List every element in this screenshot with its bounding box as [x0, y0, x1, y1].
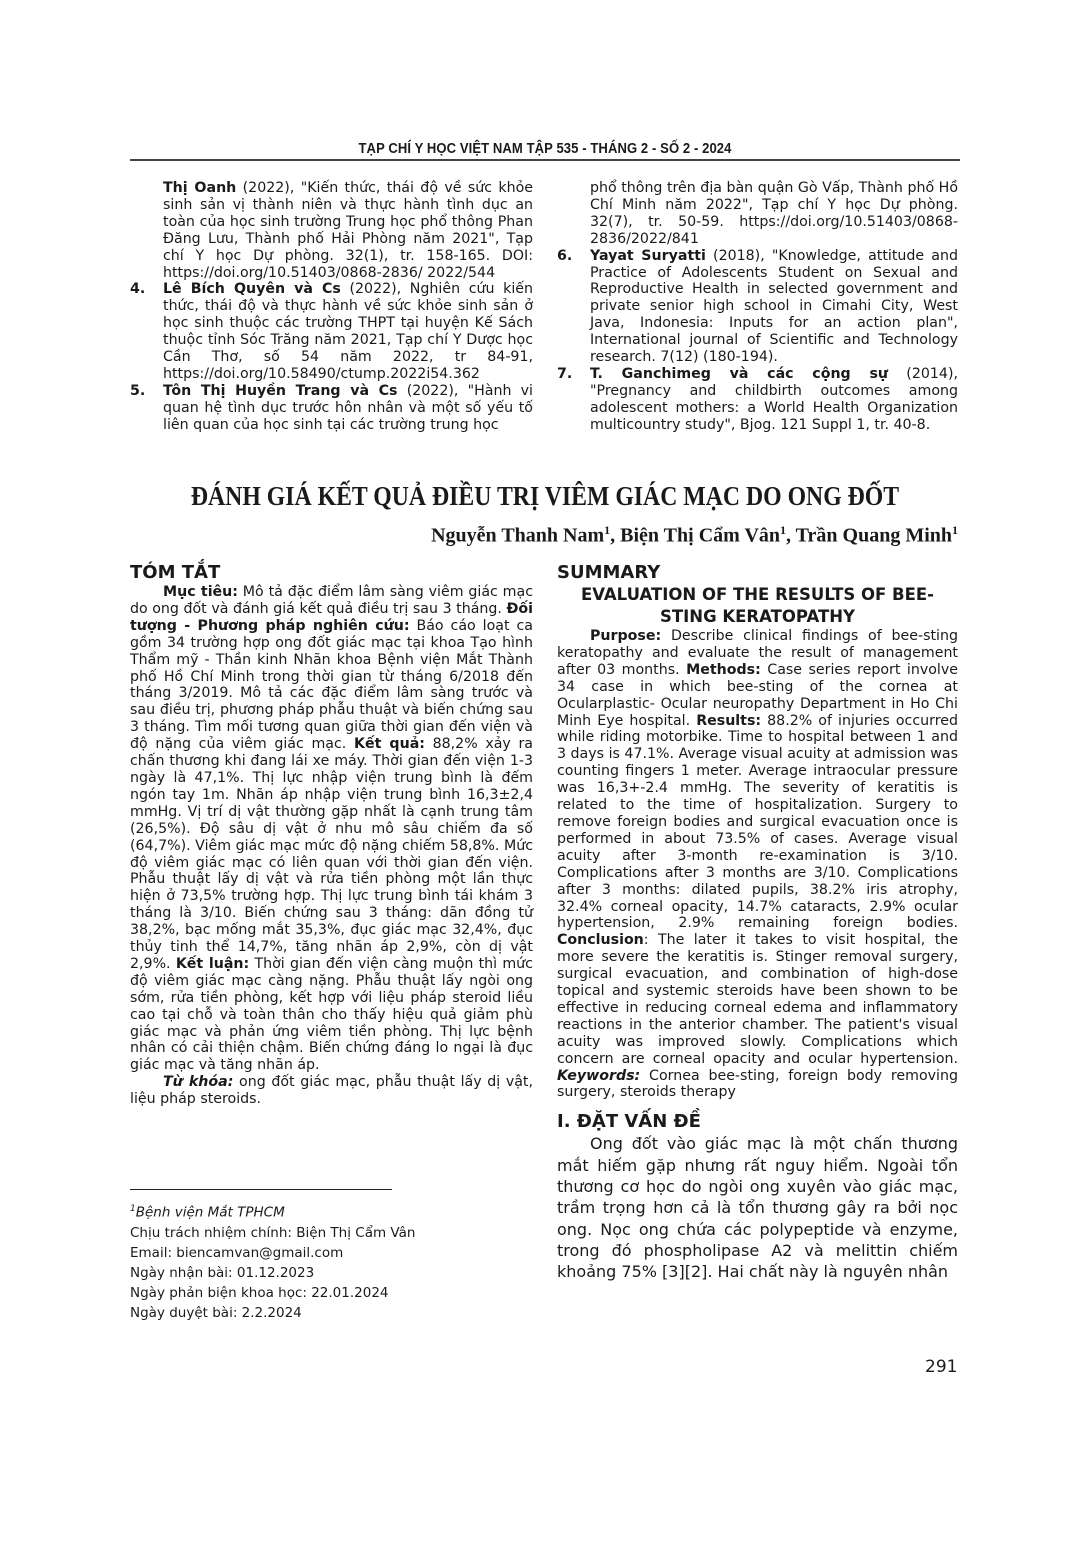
header-rule — [130, 159, 960, 161]
footnote-rule — [130, 1189, 392, 1190]
keywords-label: Từ khóa: — [163, 1074, 233, 1090]
author-name: Biện Thị Cẩm Vân — [620, 525, 780, 547]
author-name: Trần Quang Minh — [796, 525, 952, 547]
reference-author: Thị Oanh — [163, 180, 236, 196]
results-text: 88.2% of injuries occurred while riding … — [557, 713, 958, 932]
methods-text: Báo cáo loạt ca gồm 34 trường hợp ong đố… — [130, 618, 533, 752]
summary-body: Purpose: Describe clinical findings of b… — [557, 628, 958, 1101]
author-list: Nguyễn Thanh Nam1, Biện Thị Cẩm Vân1, Tr… — [431, 523, 958, 548]
author-separator: , — [786, 525, 796, 547]
affiliation-mark: 1 — [952, 523, 958, 537]
methods-label: Methods: — [686, 662, 761, 678]
reference-item: Thị Oanh (2022), "Kiến thức, thái độ về … — [130, 180, 533, 281]
email-line: Email: biencamvan@gmail.com — [130, 1243, 550, 1263]
reference-item: 4.Lê Bích Quyên và Cs (2022), Nghiên cứu… — [130, 281, 533, 382]
article-title: ĐÁNH GIÁ KẾT QUẢ ĐIỀU TRỊ VIÊM GIÁC MẠC … — [180, 481, 910, 512]
summary-heading: SUMMARY — [557, 562, 958, 584]
reference-item: 6.Yayat Suryatti (2018), "Knowledge, att… — [557, 248, 958, 366]
keywords-label: Keywords: — [557, 1068, 640, 1084]
reference-number: 4. — [130, 281, 145, 298]
objective-label: Mục tiêu: — [163, 584, 238, 600]
english-title: EVALUATION OF THE RESULTS OF BEE-STING K… — [557, 584, 958, 628]
keywords-paragraph: Từ khóa: ong đốt giác mạc, phẫu thuật lấ… — [130, 1074, 533, 1108]
reference-number: 6. — [557, 248, 572, 265]
reference-author: Yayat Suryatti — [590, 248, 706, 264]
results-label: Results: — [696, 713, 761, 729]
reference-text: (2018), "Knowledge, attitude and Practic… — [590, 248, 958, 365]
results-text: 88,2% xảy ra chấn thương khi đang lái xe… — [130, 736, 533, 972]
accepted-date: Ngày duyệt bài: 2.2.2024 — [130, 1303, 550, 1323]
page-number: 291 — [925, 1357, 957, 1377]
reference-number: 7. — [557, 366, 572, 383]
footnotes: 1Bệnh viện Mắt TPHCM Chịu trách nhiệm ch… — [130, 1199, 550, 1323]
reference-number: 5. — [130, 383, 145, 400]
abstract-vietnamese: TÓM TẮT Mục tiêu: Mô tả đặc điểm lâm sàn… — [130, 562, 533, 1108]
running-header: TẠP CHÍ Y HỌC VIỆT NAM TẬP 535 - THÁNG 2… — [172, 141, 919, 157]
introduction-body: Ong đốt vào giác mạc là một chấn thương … — [557, 1133, 958, 1282]
reference-text: phổ thông trên địa bàn quận Gò Vấp, Thàn… — [590, 180, 958, 247]
reference-item: 7.T. Ganchimeg và các cộng sự (2014), "P… — [557, 366, 958, 434]
affiliation-text: Bệnh viện Mắt TPHCM — [136, 1205, 285, 1221]
received-date: Ngày nhận bài: 01.12.2023 — [130, 1263, 550, 1283]
review-date: Ngày phản biện khoa học: 22.01.2024 — [130, 1283, 550, 1303]
abstract-body: Mục tiêu: Mô tả đặc điểm lâm sàng viêm g… — [130, 584, 533, 1074]
conclusion-label: Conclusion — [557, 932, 644, 948]
references-right-column: phổ thông trên địa bàn quận Gò Vấp, Thàn… — [557, 180, 958, 434]
reference-author: Tôn Thị Huyền Trang và Cs — [163, 383, 398, 399]
abstract-heading: TÓM TẮT — [130, 562, 533, 584]
affiliation-note: 1Bệnh viện Mắt TPHCM — [130, 1199, 550, 1223]
purpose-label: Purpose: — [590, 628, 661, 644]
conclusion-text: : The later it takes to visit hospital, … — [557, 932, 958, 1066]
corresponding-author: Chịu trách nhiệm chính: Biện Thị Cẩm Vân — [130, 1223, 550, 1243]
reference-author: Lê Bích Quyên và Cs — [163, 281, 341, 297]
reference-item: phổ thông trên địa bàn quận Gò Vấp, Thàn… — [557, 180, 958, 248]
conclusion-label: Kết luận: — [176, 956, 249, 972]
references-left-column: Thị Oanh (2022), "Kiến thức, thái độ về … — [130, 180, 533, 434]
conclusion-text: Thời gian đến viện càng muộn thì mức độ … — [130, 956, 533, 1073]
author-separator: , — [610, 525, 620, 547]
introduction-heading: I. ĐẶT VẤN ĐỀ — [557, 1111, 958, 1133]
reference-author: T. Ganchimeg và các cộng sự — [590, 366, 888, 382]
author-name: Nguyễn Thanh Nam — [431, 525, 604, 547]
results-label: Kết quả: — [354, 736, 425, 752]
reference-item: 5.Tôn Thị Huyền Trang và Cs (2022), "Hàn… — [130, 383, 533, 434]
abstract-english: SUMMARY EVALUATION OF THE RESULTS OF BEE… — [557, 562, 958, 1282]
